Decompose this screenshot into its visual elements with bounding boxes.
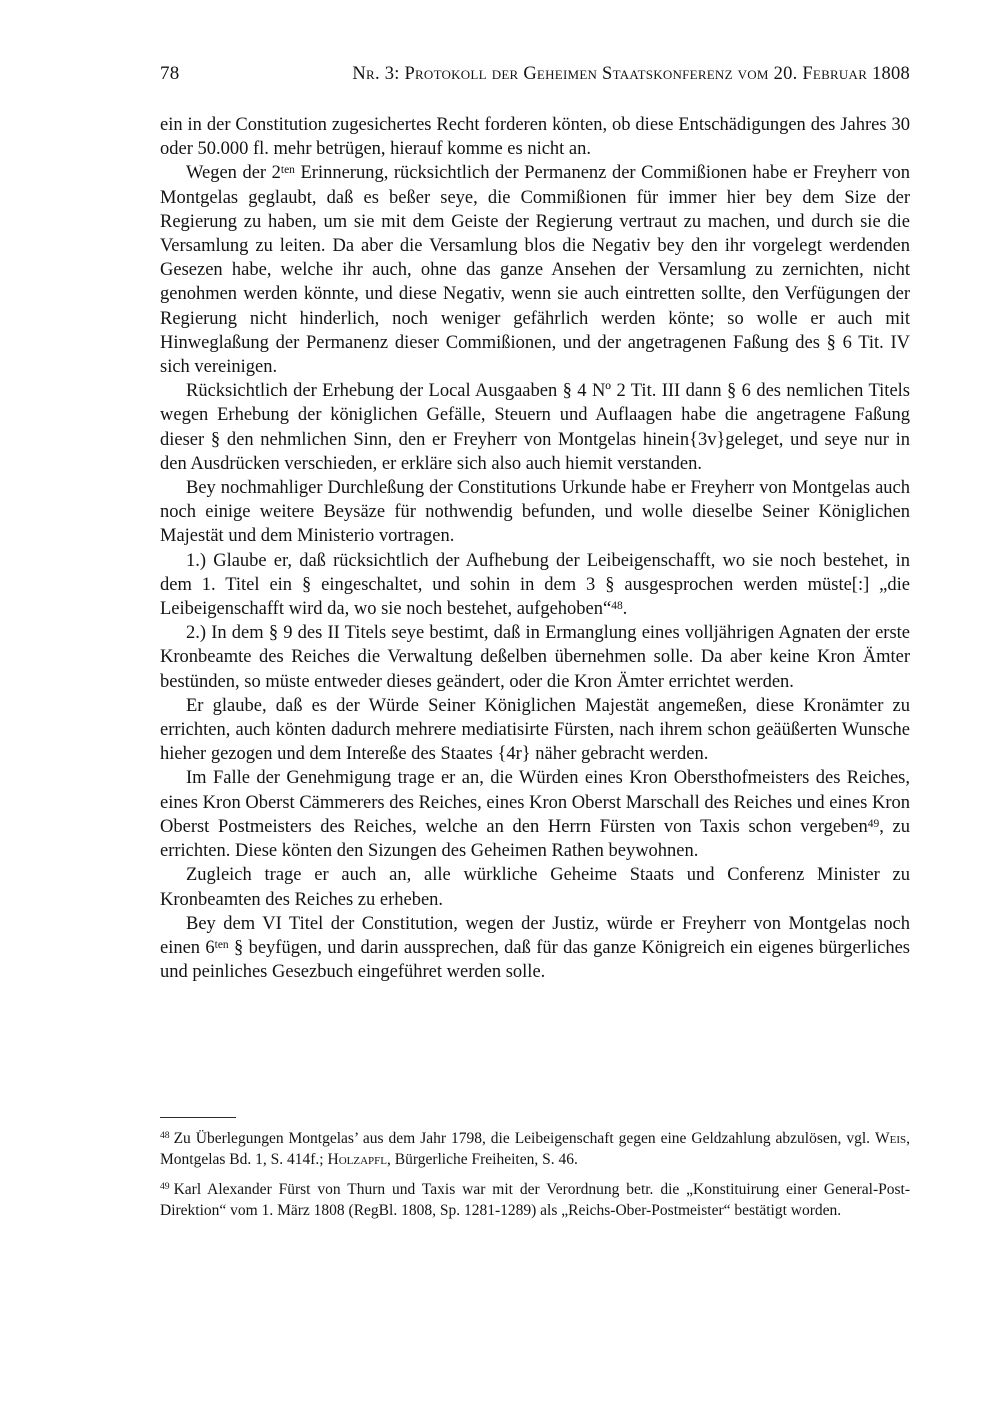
text-segment: Karl Alexander Fürst von Thurn und Taxis… (160, 1181, 910, 1219)
footnotes-list: 48Zu Überlegungen Montgelas’ aus dem Jah… (160, 1128, 910, 1221)
footnote-separator (160, 1117, 236, 1118)
paragraph: Wegen der 2ten Erinnerung, rücksichtlich… (160, 161, 910, 379)
paragraph: Er glaube, daß es der Würde Seiner König… (160, 694, 910, 767)
text-segment: § beyfügen, und darin aussprechen, daß f… (160, 938, 910, 982)
superscript-reference: 49 (868, 818, 879, 830)
text-segment: Er glaube, daß es der Würde Seiner König… (160, 696, 910, 764)
paragraph: Bey dem VI Titel der Constitution, wegen… (160, 912, 910, 985)
page-number: 78 (160, 63, 180, 85)
footnote: 48Zu Überlegungen Montgelas’ aus dem Jah… (160, 1128, 910, 1171)
running-header: 78 Nr. 3: Protokoll der Geheimen Staatsk… (160, 63, 910, 85)
running-title: Nr. 3: Protokoll der Geheimen Staatskonf… (352, 64, 910, 85)
paragraph: 2.) In dem § 9 des II Titels seye bestim… (160, 621, 910, 694)
paragraph: ein in der Constitution zugesichertes Re… (160, 113, 910, 161)
document-page: 78 Nr. 3: Protokoll der Geheimen Staatsk… (0, 0, 1004, 1418)
document-body: ein in der Constitution zugesichertes Re… (160, 113, 910, 984)
text-segment: Weis (875, 1130, 906, 1147)
paragraph: 1.) Glaube er, daß rücksichtlich der Auf… (160, 549, 910, 622)
text-segment: Im Falle der Genehmigung trage er an, di… (160, 768, 910, 836)
superscript-reference: ten (215, 939, 229, 951)
paragraph: Im Falle der Genehmigung trage er an, di… (160, 766, 910, 863)
text-segment: Bey nochmahliger Durchleßung der Constit… (160, 478, 910, 546)
text-segment: Zugleich trage er auch an, alle würklich… (160, 865, 910, 909)
text-segment: ein in der Constitution zugesichertes Re… (160, 115, 910, 159)
footnote-marker: 49 (160, 1181, 170, 1192)
footnotes-section: 48Zu Überlegungen Montgelas’ aus dem Jah… (160, 1117, 910, 1229)
footnote: 49Karl Alexander Fürst von Thurn und Tax… (160, 1179, 910, 1222)
text-segment: Erinnerung, rücksichtlich der Permanenz … (160, 163, 910, 377)
text-segment: 1.) Glaube er, daß rücksichtlich der Auf… (160, 551, 910, 619)
superscript-reference: 48 (611, 600, 622, 612)
paragraph: Zugleich trage er auch an, alle würklich… (160, 863, 910, 911)
footnote-marker: 48 (160, 1130, 170, 1141)
superscript-reference: ten (281, 164, 295, 176)
text-segment: . (623, 599, 628, 619)
text-segment: 2.) In dem § 9 des II Titels seye bestim… (160, 623, 910, 691)
text-segment: Holzapfl (328, 1151, 387, 1168)
paragraph: Bey nochmahliger Durchleßung der Constit… (160, 476, 910, 549)
paragraph: Rücksichtlich der Erhebung der Local Aus… (160, 379, 910, 476)
text-segment: , Bürgerliche Freiheiten, S. 46. (387, 1151, 578, 1168)
text-segment: Zu Überlegungen Montgelas’ aus dem Jahr … (174, 1130, 875, 1147)
text-segment: Wegen der 2 (186, 163, 281, 183)
text-segment: Rücksichtlich der Erhebung der Local Aus… (160, 381, 910, 474)
